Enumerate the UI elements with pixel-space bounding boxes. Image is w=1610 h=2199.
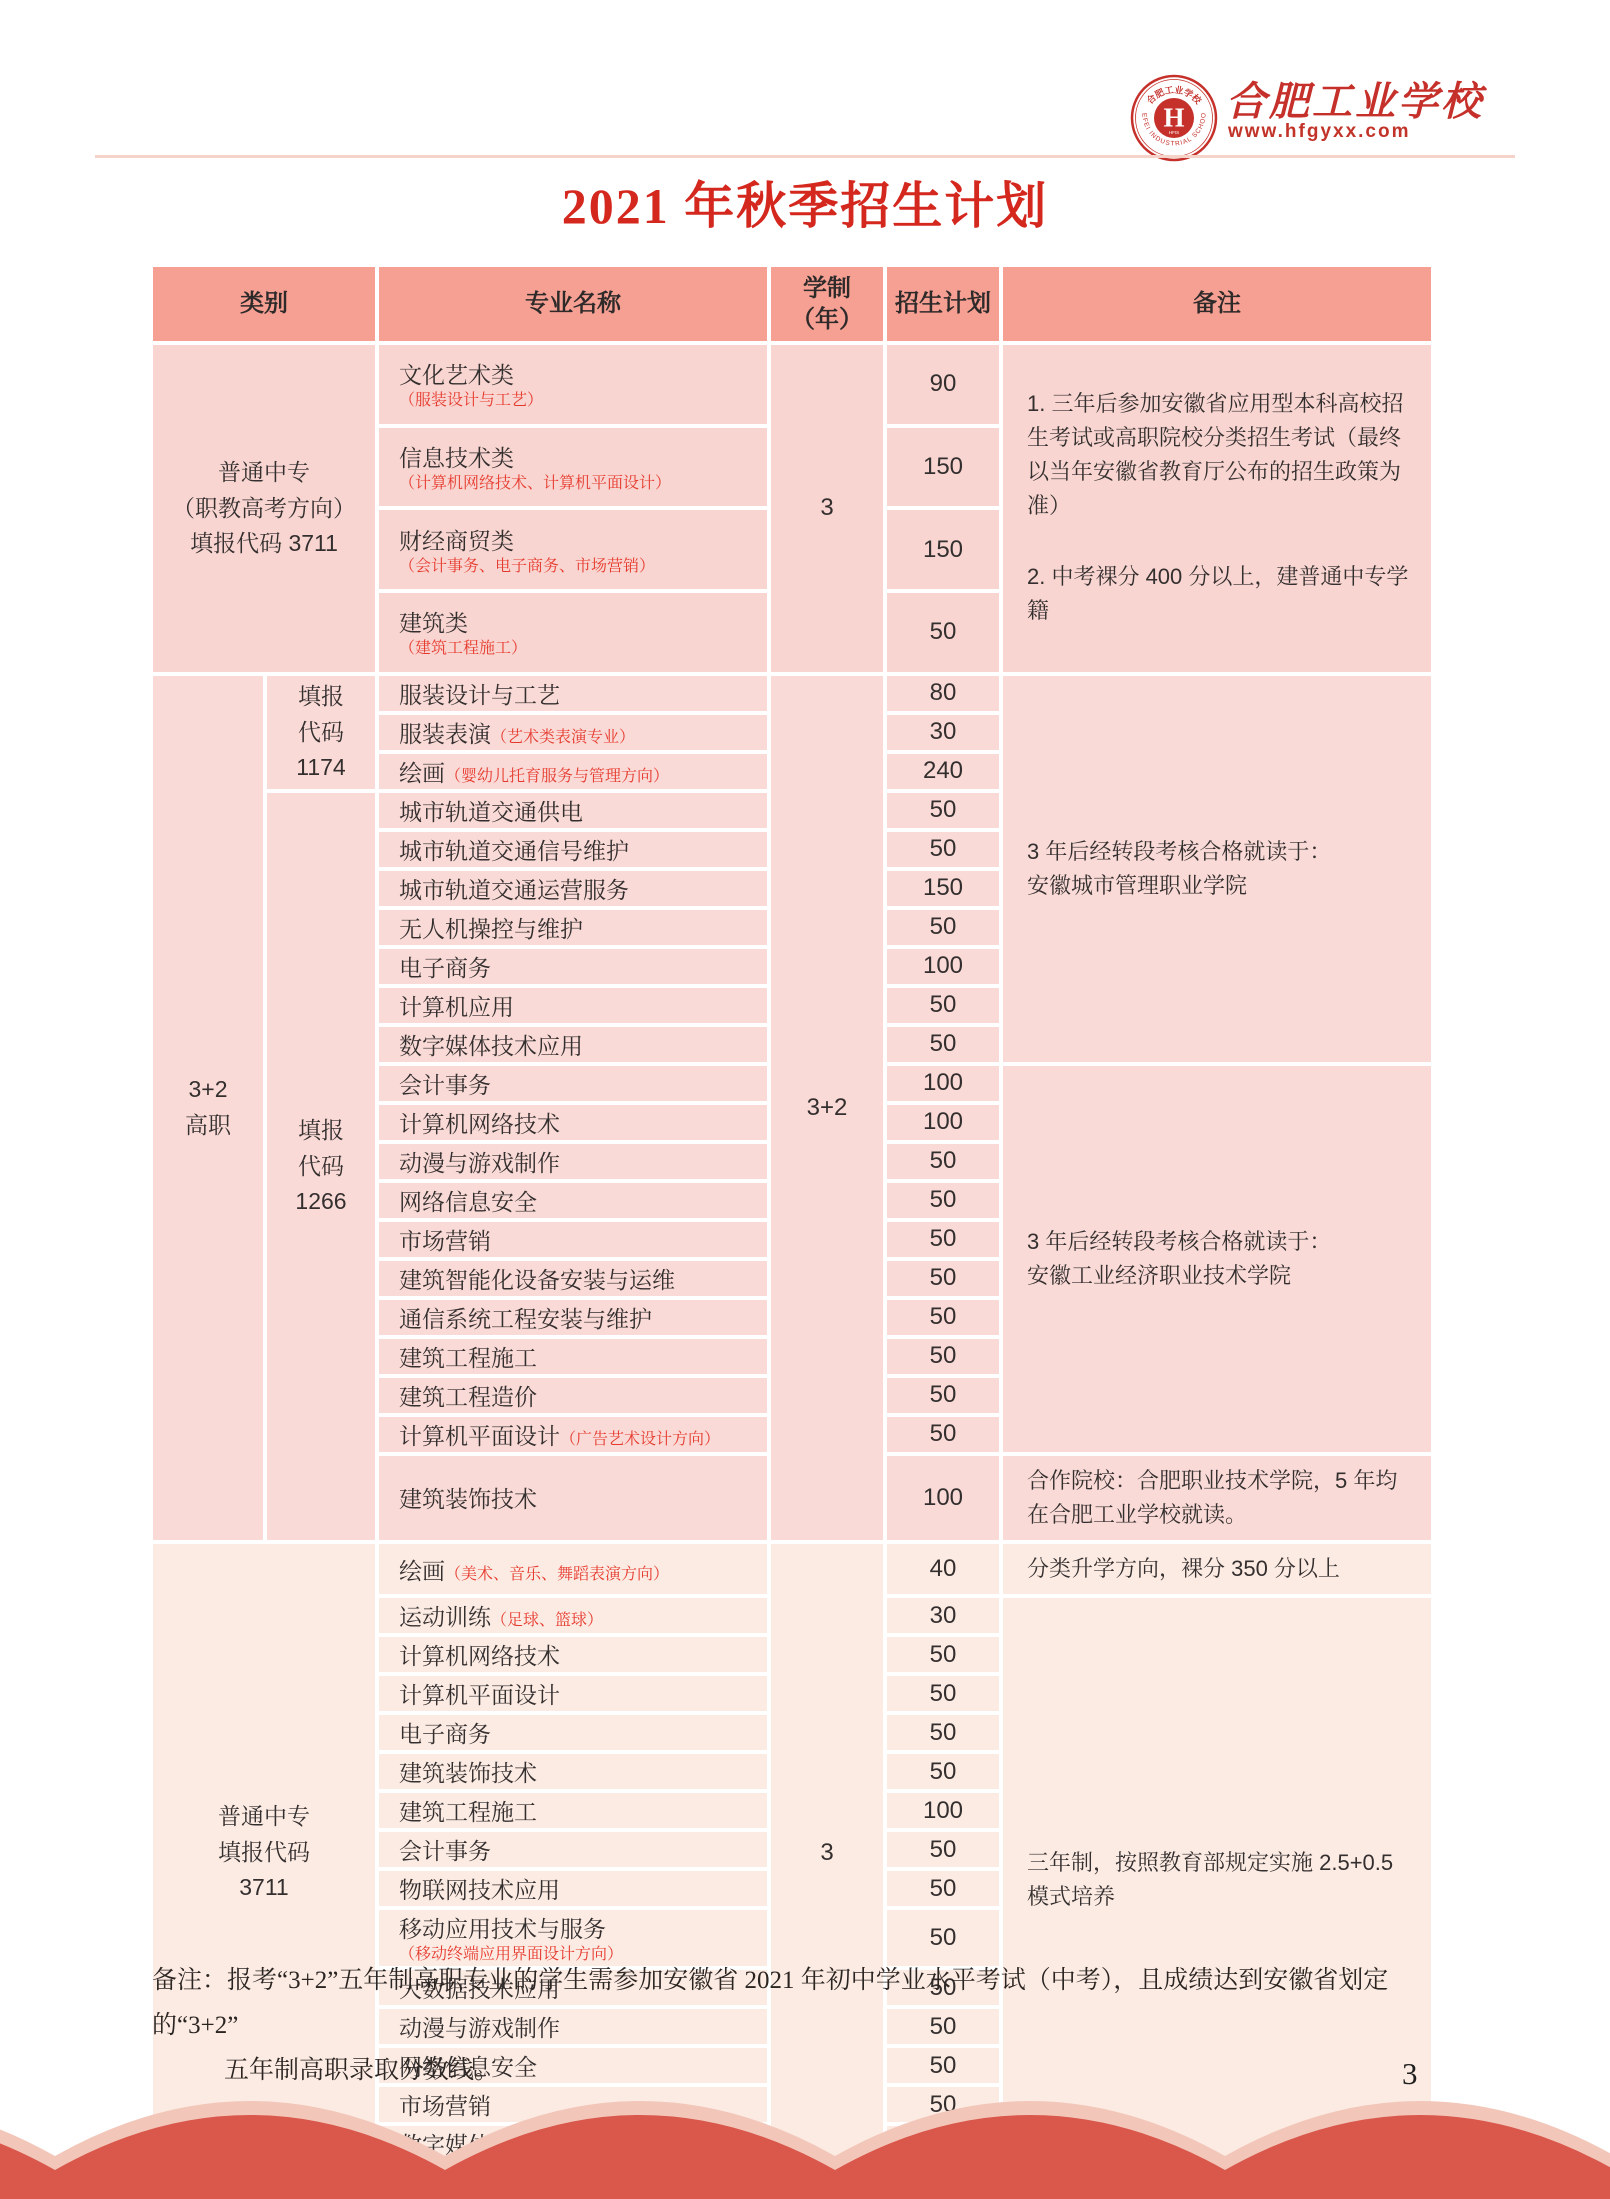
major-name: 物联网技术应用 [399, 1877, 560, 1903]
major-cell: 计算机平面设计（广告艺术设计方向） [379, 1417, 767, 1452]
col-header-duration: 学制 （年） [771, 267, 883, 341]
remark-cell: 1. 三年后参加安徽省应用型本科高校招生考试或高职院校分类招生考试（最终以当年安… [1003, 345, 1431, 672]
plan-cell: 50 [887, 1300, 999, 1335]
enrollment-plan-table: 类别 专业名称 学制 （年） 招生计划 备注 普通中专 （职教高考方向） 填报代… [149, 263, 1435, 2165]
major-cell: 城市轨道交通信号维护 [379, 832, 767, 867]
plan-cell: 50 [887, 1261, 999, 1296]
remark-item: 1. 三年后参加安徽省应用型本科高校招生考试或高职院校分类招生考试（最终以当年安… [1027, 387, 1417, 523]
major-name: 计算机网络技术 [399, 1111, 560, 1137]
major-name: 城市轨道交通运营服务 [399, 877, 629, 903]
major-name: 无人机操控与维护 [399, 916, 583, 942]
major-name: 建筑工程施工 [399, 1799, 537, 1825]
plan-cell: 100 [887, 1066, 999, 1101]
plan-cell: 50 [887, 1417, 999, 1452]
major-cell: 网络信息安全 [379, 1183, 767, 1218]
plan-cell: 100 [887, 1793, 999, 1828]
plan-cell: 80 [887, 676, 999, 711]
major-name: 建筑工程造价 [399, 1384, 537, 1410]
remark-cell: 合作院校：合肥职业技术学院，5 年均在合肥工业学校就读。 [1003, 1456, 1431, 1540]
table-header-row: 类别 专业名称 学制 （年） 招生计划 备注 [153, 267, 1431, 341]
remark-item: 2. 中考裸分 400 分以上，建普通中专学籍 [1027, 560, 1417, 628]
table-row: 普通中专 填报代码 3711 绘画（美术、音乐、舞蹈表演方向） 3 40 分类升… [153, 1544, 1431, 1594]
plan-cell: 50 [887, 988, 999, 1023]
page-title: 2021 年秋季招生计划 [0, 166, 1610, 238]
plan-cell: 50 [887, 1222, 999, 1257]
major-name: 计算机平面设计 [399, 1682, 560, 1708]
major-cell: 电子商务 [379, 949, 767, 984]
category-cell: 普通中专 （职教高考方向） 填报代码 3711 [153, 345, 375, 672]
plan-cell: 50 [887, 1871, 999, 1906]
major-cell: 文化艺术类 （服装设计与工艺） [379, 345, 767, 424]
plan-cell: 50 [887, 1832, 999, 1867]
code-cell: 填报 代码 1266 [267, 793, 375, 1540]
seal-abbr-text: HFIS [1169, 130, 1179, 135]
major-cell: 建筑智能化设备安装与运维 [379, 1261, 767, 1296]
table-row: 普通中专 （职教高考方向） 填报代码 3711 文化艺术类 （服装设计与工艺） … [153, 345, 1431, 424]
col-header-remark: 备注 [1003, 267, 1431, 341]
major-name: 电子商务 [399, 955, 491, 981]
plan-cell: 100 [887, 949, 999, 984]
major-cell: 建筑工程施工 [379, 1793, 767, 1828]
major-sub: （婴幼儿托育服务与管理方向） [445, 768, 669, 785]
major-name: 财经商贸类 [399, 528, 514, 554]
major-name: 城市轨道交通信号维护 [399, 838, 629, 864]
plan-cell: 50 [887, 910, 999, 945]
school-seal-icon: 合肥工业学校 HEFEI INDUSTRIAL SCHOOL H HFIS [1130, 74, 1218, 162]
duration-cell: 3 [771, 345, 883, 672]
plan-cell: 100 [887, 1105, 999, 1140]
footer-note-text: 报考“3+2”五年制高职专业的学生需参加安徽省 2021 年初中学业水平考试（中… [152, 1967, 1388, 2039]
plan-cell: 50 [887, 1637, 999, 1672]
major-name: 会计事务 [399, 1072, 491, 1098]
major-cell: 市场营销 [379, 1222, 767, 1257]
plan-cell: 50 [887, 593, 999, 672]
plan-cell: 50 [887, 1183, 999, 1218]
header-divider-line [95, 155, 1515, 158]
major-cell: 计算机平面设计 [379, 1676, 767, 1711]
major-cell: 物联网技术应用 [379, 1871, 767, 1906]
major-name: 电子商务 [399, 1721, 491, 1747]
seal-monogram: H [1163, 103, 1184, 133]
major-name: 计算机网络技术 [399, 1643, 560, 1669]
plan-cell: 40 [887, 1544, 999, 1594]
major-name: 建筑智能化设备安装与运维 [399, 1267, 675, 1293]
major-name: 绘画 [399, 1558, 445, 1584]
major-sub: （美术、音乐、舞蹈表演方向） [445, 1566, 669, 1583]
major-cell: 动漫与游戏制作 [379, 1144, 767, 1179]
col-header-category: 类别 [153, 267, 375, 341]
major-name: 建筑装饰技术 [399, 1760, 537, 1786]
plan-cell: 50 [887, 1676, 999, 1711]
major-cell: 城市轨道交通供电 [379, 793, 767, 828]
school-name-logo-text: 合肥工业学校 [1226, 70, 1446, 127]
major-name: 运动训练 [399, 1604, 491, 1630]
major-cell: 计算机应用 [379, 988, 767, 1023]
plan-cell: 150 [887, 510, 999, 589]
remark-cell: 分类升学方向，裸分 350 分以上 [1003, 1544, 1431, 1594]
plan-cell: 150 [887, 871, 999, 906]
major-name: 城市轨道交通供电 [399, 799, 583, 825]
major-cell: 会计事务 [379, 1832, 767, 1867]
major-cell: 建筑装饰技术 [379, 1456, 767, 1540]
duration-cell: 3+2 [771, 676, 883, 1540]
major-name: 建筑装饰技术 [399, 1486, 537, 1512]
document-page: 合肥工业学校 HEFEI INDUSTRIAL SCHOOL H HFIS 合肥… [0, 0, 1610, 2199]
major-sub: （计算机网络技术、计算机平面设计） [399, 474, 766, 494]
wave-decoration [0, 2074, 1610, 2199]
major-name: 移动应用技术与服务 [399, 1916, 606, 1942]
code-cell: 填报 代码 1174 [267, 676, 375, 789]
major-name: 文化艺术类 [399, 362, 514, 388]
remark-cell: 3 年后经转段考核合格就读于： 安徽工业经济职业技术学院 [1003, 1066, 1431, 1452]
major-sub: （会计事务、电子商务、市场营销） [399, 557, 766, 577]
plan-cell: 50 [887, 1027, 999, 1062]
major-name: 会计事务 [399, 1838, 491, 1864]
major-cell: 数字媒体技术应用 [379, 1027, 767, 1062]
col-header-plan: 招生计划 [887, 267, 999, 341]
plan-cell: 30 [887, 715, 999, 750]
major-cell: 绘画（美术、音乐、舞蹈表演方向） [379, 1544, 767, 1594]
major-name: 通信系统工程安装与维护 [399, 1306, 652, 1332]
school-website-text: www.hfgyxx.com [1228, 121, 1411, 143]
major-cell: 无人机操控与维护 [379, 910, 767, 945]
major-sub: （足球、篮球） [491, 1612, 603, 1629]
major-name: 绘画 [399, 760, 445, 786]
plan-cell: 50 [887, 1715, 999, 1750]
major-cell: 通信系统工程安装与维护 [379, 1300, 767, 1335]
major-name: 网络信息安全 [399, 1189, 537, 1215]
category-cell: 3+2 高职 [153, 676, 263, 1540]
major-name: 数字媒体技术应用 [399, 1033, 583, 1059]
plan-cell: 50 [887, 793, 999, 828]
col-header-major: 专业名称 [379, 267, 767, 341]
footer-note-line: 备注：报考“3+2”五年制高职专业的学生需参加安徽省 2021 年初中学业水平考… [152, 1958, 1472, 2048]
major-cell: 信息技术类 （计算机网络技术、计算机平面设计） [379, 428, 767, 507]
major-cell: 服装设计与工艺 [379, 676, 767, 711]
major-cell: 财经商贸类 （会计事务、电子商务、市场营销） [379, 510, 767, 589]
major-cell: 计算机网络技术 [379, 1105, 767, 1140]
footer-note-label: 备注： [152, 1967, 227, 1994]
table-row: 3+2 高职 填报 代码 1174 服装设计与工艺 3+2 80 3 年后经转段… [153, 676, 1431, 711]
plan-cell: 90 [887, 345, 999, 424]
plan-cell: 50 [887, 1339, 999, 1374]
footer-note: 备注：报考“3+2”五年制高职专业的学生需参加安徽省 2021 年初中学业水平考… [152, 1958, 1472, 2093]
plan-cell: 30 [887, 1598, 999, 1633]
major-cell: 建筑类 （建筑工程施工） [379, 593, 767, 672]
plan-cell: 50 [887, 1378, 999, 1413]
major-name: 建筑类 [399, 610, 468, 636]
plan-cell: 150 [887, 428, 999, 507]
major-sub: （服装设计与工艺） [399, 391, 766, 411]
major-cell: 会计事务 [379, 1066, 767, 1101]
major-cell: 绘画（婴幼儿托育服务与管理方向） [379, 754, 767, 789]
major-sub: （艺术类表演专业） [491, 729, 635, 746]
major-name: 计算机平面设计 [399, 1423, 560, 1449]
major-name: 服装设计与工艺 [399, 682, 560, 708]
major-sub: （建筑工程施工） [399, 639, 766, 659]
plan-cell: 50 [887, 1754, 999, 1789]
major-cell: 电子商务 [379, 1715, 767, 1750]
plan-cell: 50 [887, 832, 999, 867]
major-cell: 计算机网络技术 [379, 1637, 767, 1672]
major-name: 动漫与游戏制作 [399, 1150, 560, 1176]
plan-cell: 100 [887, 1456, 999, 1540]
major-cell: 建筑工程施工 [379, 1339, 767, 1374]
remark-cell: 3 年后经转段考核合格就读于： 安徽城市管理职业学院 [1003, 676, 1431, 1062]
major-cell: 城市轨道交通运营服务 [379, 871, 767, 906]
major-name: 信息技术类 [399, 445, 514, 471]
major-cell: 运动训练（足球、篮球） [379, 1598, 767, 1633]
major-name: 计算机应用 [399, 994, 514, 1020]
major-cell: 建筑工程造价 [379, 1378, 767, 1413]
plan-cell: 50 [887, 1144, 999, 1179]
major-name: 服装表演 [399, 721, 491, 747]
major-name: 建筑工程施工 [399, 1345, 537, 1371]
major-name: 市场营销 [399, 1228, 491, 1254]
major-cell: 建筑装饰技术 [379, 1754, 767, 1789]
major-sub: （广告艺术设计方向） [560, 1431, 720, 1448]
plan-cell: 240 [887, 754, 999, 789]
major-cell: 服装表演（艺术类表演专业） [379, 715, 767, 750]
